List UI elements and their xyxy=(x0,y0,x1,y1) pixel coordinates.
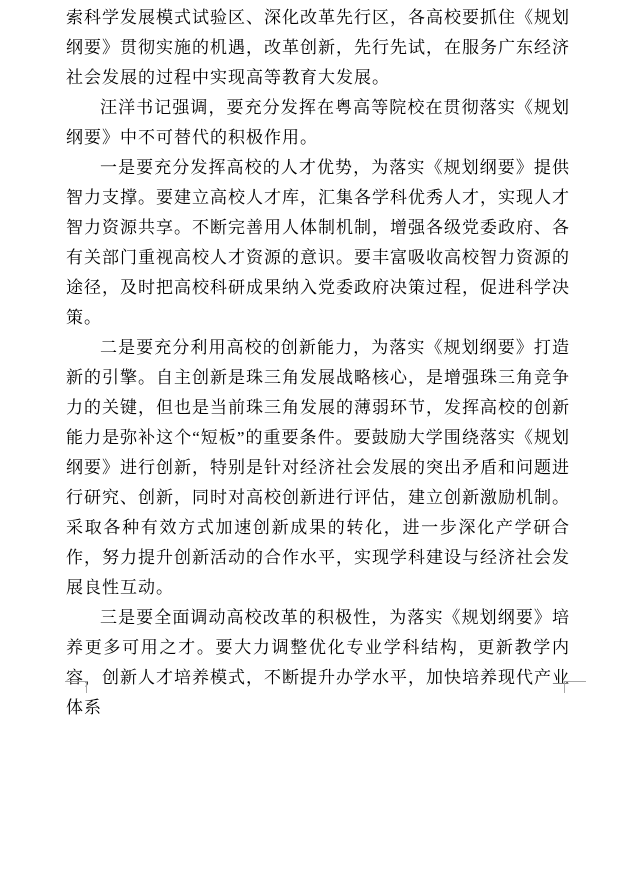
document-page: 索科学发展模式试验区、深化改革先行区，各高校要抓住《规划纲要》贯彻实施的机遇，改… xyxy=(0,0,635,875)
page-margin-mark-right xyxy=(564,681,586,693)
paragraph: 一是要充分发挥高校的人才优势，为落实《规划纲要》提供智力支撑。要建立高校人才库，… xyxy=(66,153,570,333)
paragraph: 汪洋书记强调，要充分发挥在粤高等院校在贯彻落实《规划纲要》中不可替代的积极作用。 xyxy=(66,93,570,153)
paragraph: 二是要充分利用高校的创新能力，为落实《规划纲要》打造新的引擎。自主创新是珠三角发… xyxy=(66,333,570,603)
document-text-area: 索科学发展模式试验区、深化改革先行区，各高校要抓住《规划纲要》贯彻实施的机遇，改… xyxy=(66,3,570,723)
paragraph: 三是要全面调动高校改革的积极性，为落实《规划纲要》培养更多可用之才。要大力调整优… xyxy=(66,603,570,723)
page-margin-mark-left xyxy=(65,681,87,693)
paragraph: 索科学发展模式试验区、深化改革先行区，各高校要抓住《规划纲要》贯彻实施的机遇，改… xyxy=(66,3,570,93)
